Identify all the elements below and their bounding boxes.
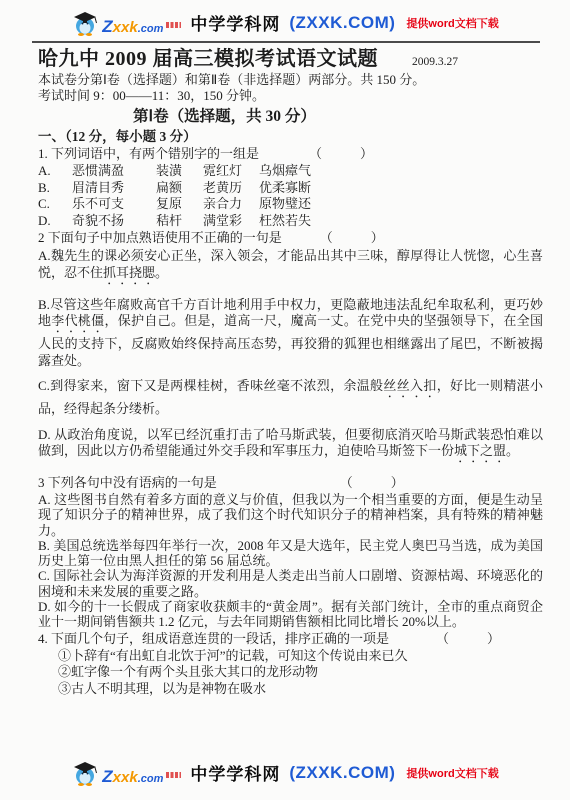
part-one-heading: 第Ⅰ卷（选择题，共 30 分） (133, 109, 543, 125)
question-4-stem-text: 4. 下面几个句子，组成语意连贯的一段话，排序正确的一项是 (38, 631, 389, 646)
question-2-stem: 2 下面句子中加点熟语使用不正确的一句是（ ） (38, 230, 543, 246)
option-text: C.到得家来，窗下又是两棵桂树，香味丝毫不浓烈，余温般 (38, 378, 383, 393)
word-item: 优柔寡断 (259, 180, 311, 197)
question-4: 4. 下面几个句子，组成语意连贯的一段话，排序正确的一项是（ ） ①卜辞有“有出… (38, 631, 543, 698)
exam-paper-body: 哈九中 2009 届高三模拟考试语文试题 2009.3.27 本试卷分第Ⅰ卷（选… (0, 43, 570, 697)
question-4-stem: 4. 下面几个句子，组成语意连贯的一段话，排序正确的一项是（ ） (38, 631, 543, 647)
option-a: A.魏先生的课必须安心正坐，深入领会，才能品出其中三味，醇厚得让人恍惚，心生喜悦… (38, 248, 543, 288)
word-item: 亲合力 (203, 196, 259, 213)
word-item: 老黄历 (203, 180, 259, 197)
word-item: 奇貌不扬 (72, 213, 156, 230)
word-item: 眉清目秀 (72, 180, 156, 197)
emphasized-idiom: 抓耳挠腮 (103, 265, 155, 280)
word-item: 枉然若失 (259, 213, 311, 230)
word-item: 恶惯满盈 (72, 163, 156, 180)
zxxk-logo-text: Zxxk.com (102, 768, 163, 786)
logo-fine-print (166, 22, 181, 28)
word-item: 满堂彩 (203, 213, 259, 230)
sentence-item-2: ②虹字像一个有两个头且张大其口的龙形动物 (58, 664, 543, 681)
logo-letter-z: Z (102, 767, 112, 786)
question-2-stem-text: 2 下面句子中加点熟语使用不正确的一句是 (38, 230, 282, 245)
question-1-stem-text: 1. 下列词语中，有两个错别字的一组是 (38, 146, 259, 161)
sentence-item-1: ①卜辞有“有出虹自北饮于河”的记载，可知这个传说由来已久 (58, 648, 543, 665)
site-name: 中学学科网 (190, 760, 280, 785)
document-page: Zxxk.com 中学学科网 (ZXXK.COM) 提供word文档下载 哈九中… (0, 0, 570, 800)
option-text: ，保护自己。但是，道高一尺，魔高一丈。在党中央的坚强领导下，在全国人民的支持下，… (38, 313, 543, 368)
option-text: 。 (155, 265, 168, 280)
page-title: 哈九中 2009 届高三模拟考试语文试题 (38, 51, 378, 67)
site-name: 中学学科网 (190, 10, 280, 35)
option-letter: C. (38, 196, 72, 213)
option-letter: B. (38, 180, 72, 197)
emphasized-idiom: 丝丝入扣 (383, 378, 436, 393)
zxxk-logo: Zxxk.com (71, 9, 181, 36)
site-domain: (ZXXK.COM) (289, 13, 395, 33)
answer-bracket: （ ） (320, 230, 388, 245)
word-item: 复原 (156, 196, 203, 213)
answer-bracket: （ ） (436, 631, 504, 646)
logo-letters-xxk: xxk (113, 19, 138, 36)
section-one-heading: 一、（12 分，每小题 3 分） (38, 129, 543, 145)
logo-dot-com: .com (138, 23, 164, 35)
download-tagline: 提供word文档下载 (406, 15, 498, 31)
option-row-d: D. 奇貌不扬 秸杆 满堂彩 枉然若失 (38, 213, 543, 230)
option-letter: D. (38, 213, 72, 230)
answer-bracket: （ ） (340, 475, 408, 490)
option-text: 。 (506, 443, 519, 458)
word-item: 乌烟瘴气 (259, 163, 311, 180)
option-a: A. 这些图书自然有着多方面的意义与价值，但我以为一个相当重要的方面，便是生动呈… (38, 492, 543, 538)
option-b: B.尽管这些年腐败高官千方百计地利用手中权力，更隐蔽地违法乱纪牟取私利，更巧妙地… (38, 297, 543, 370)
option-c: C.到得家来，窗下又是两棵桂树，香味丝毫不浓烈，余温般丝丝入扣，好比一则精湛小品… (38, 378, 543, 418)
emphasized-idiom: 城下之盟 (454, 443, 506, 458)
logo-dot-com: .com (138, 773, 164, 785)
download-tagline: 提供word文档下载 (406, 765, 498, 781)
site-footer: Zxxk.com 中学学科网 (ZXXK.COM) 提供word文档下载 (0, 750, 570, 786)
zxxk-logo: Zxxk.com (71, 759, 181, 786)
option-row-a: A. 恶惯满盈 装潢 霓红灯 乌烟瘴气 (38, 163, 543, 180)
question-1-stem: 1. 下列词语中，有两个错别字的一组是（ ） (38, 146, 543, 162)
exam-time-note: 考试时间 9：00——11：30，150 分钟。 (38, 88, 543, 104)
title-row: 哈九中 2009 届高三模拟考试语文试题 2009.3.27 (38, 49, 543, 72)
question-3: 3 下列各句中没有语病的一句是（ ） A. 这些图书自然有着多方面的意义与价值，… (38, 475, 543, 630)
answer-bracket: （ ） (309, 146, 377, 161)
question-3-stem: 3 下列各句中没有语病的一句是（ ） (38, 475, 543, 491)
site-domain: (ZXXK.COM) (289, 763, 395, 783)
zxxk-mascot-icon (71, 9, 101, 36)
question-1: 1. 下列词语中，有两个错别字的一组是（ ） A. 恶惯满盈 装潢 霓红灯 乌烟… (38, 146, 543, 229)
footer-brandbar: Zxxk.com 中学学科网 (ZXXK.COM) 提供word文档下载 (0, 750, 570, 786)
sentence-item-3: ③古人不明其理，以为是神物在吸水 (58, 681, 543, 698)
zxxk-logo-text: Zxxk.com (102, 18, 163, 36)
option-d: D. 如今的十一长假成了商家收获颇丰的“黄金周”。据有关部门统计，全市的重点商贸… (38, 599, 543, 630)
option-d: D. 从政治角度说，以军已经沉重打击了哈马斯武装，但要彻底消灭哈马斯武装恐怕难以… (38, 427, 543, 467)
site-header: Zxxk.com 中学学科网 (ZXXK.COM) 提供word文档下载 (0, 0, 570, 36)
word-item: 扁额 (156, 180, 203, 197)
logo-fine-print (166, 772, 181, 778)
question-2: 2 下面句子中加点熟语使用不正确的一句是（ ） A.魏先生的课必须安心正坐，深入… (38, 230, 543, 466)
option-row-b: B. 眉清目秀 扁额 老黄历 优柔寡断 (38, 180, 543, 197)
option-b: B. 美国总统选举每四年举行一次，2008 年又是大选年，民主党人奥巴马当选，成… (38, 538, 543, 569)
word-item: 乐不可支 (72, 196, 156, 213)
word-item: 秸杆 (156, 213, 203, 230)
option-letter: A. (38, 163, 72, 180)
word-item: 霓红灯 (203, 163, 259, 180)
paper-structure-note: 本试卷分第Ⅰ卷（选择题）和第Ⅱ卷（非选择题）两部分。共 150 分。 (38, 72, 543, 88)
word-item: 原物璧还 (259, 196, 311, 213)
option-row-c: C. 乐不可支 复原 亲合力 原物璧还 (38, 196, 543, 213)
logo-letters-xxk: xxk (113, 769, 138, 786)
option-c: C. 国际社会认为海洋资源的开发利用是人类走出当前人口剧增、资源枯竭、环境恶化的… (38, 568, 543, 599)
question-3-stem-text: 3 下列各句中没有语病的一句是 (38, 475, 217, 490)
zxxk-mascot-icon (71, 759, 101, 786)
emphasized-idiom: 李代桃僵 (51, 313, 104, 328)
exam-date: 2009.3.27 (412, 54, 458, 70)
logo-letter-z: Z (102, 17, 112, 36)
word-item: 装潢 (156, 163, 203, 180)
